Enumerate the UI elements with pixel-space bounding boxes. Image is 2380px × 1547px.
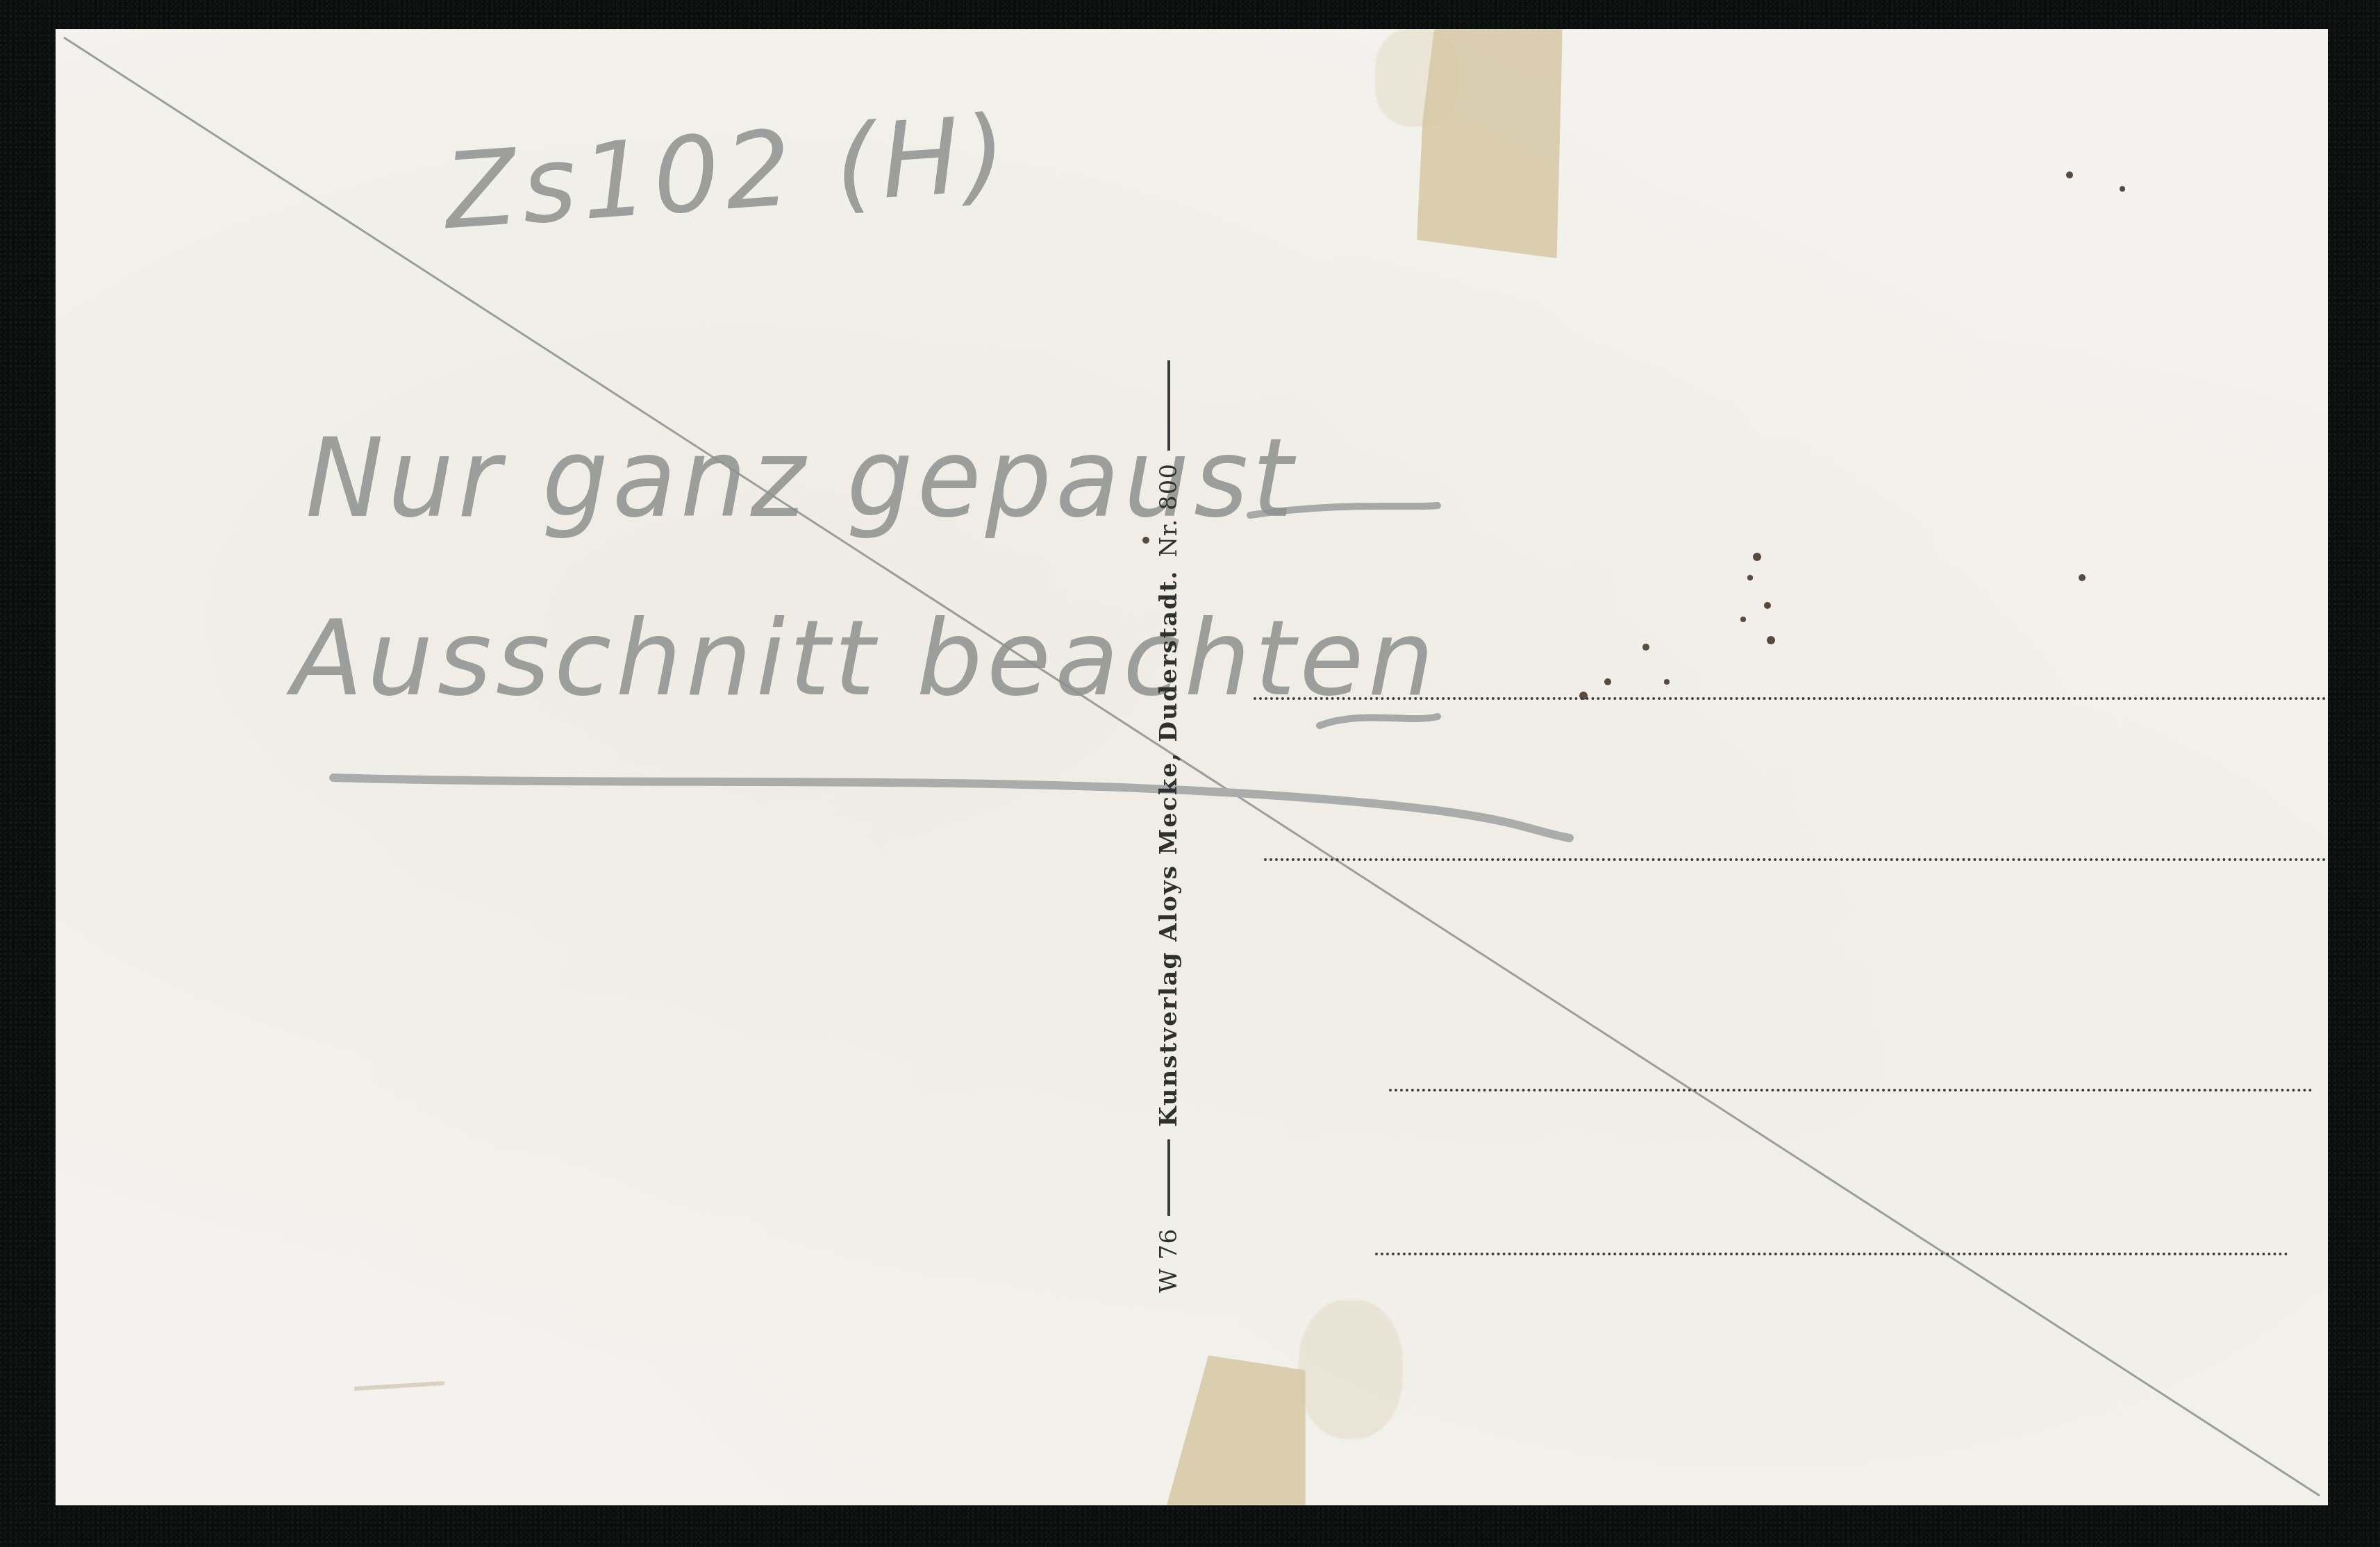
address-line-1 [1254, 697, 2327, 700]
publisher-imprint: W 76 Kunstverlag Aloys Mecke, Duderstadt… [1153, 71, 1185, 1293]
diagonal-pencil-line [64, 37, 2320, 1496]
series-code: W 76 [1155, 1228, 1183, 1293]
pencil-note-line-1: Nur ganz gepaust [306, 415, 1297, 542]
address-line-2 [1264, 858, 2327, 861]
catalog-number: Nr. 800 [1155, 463, 1183, 558]
imprint-rule-left [1167, 1139, 1170, 1216]
faint-mark [354, 1383, 444, 1389]
pencil-underline [333, 778, 1570, 838]
imprint-rule-right [1167, 360, 1170, 451]
markings-layer [56, 29, 2328, 1505]
publisher-name: Kunstverlag Aloys Mecke, Duderstadt. [1155, 570, 1183, 1127]
postcard-back: Zs102 (H) Nur ganz gepaust Ausschnitt be… [56, 29, 2328, 1505]
pencil-note-line-2: Ausschnitt beachten [292, 599, 1438, 719]
address-line-3 [1389, 1089, 2313, 1092]
address-line-4 [1375, 1253, 2288, 1255]
